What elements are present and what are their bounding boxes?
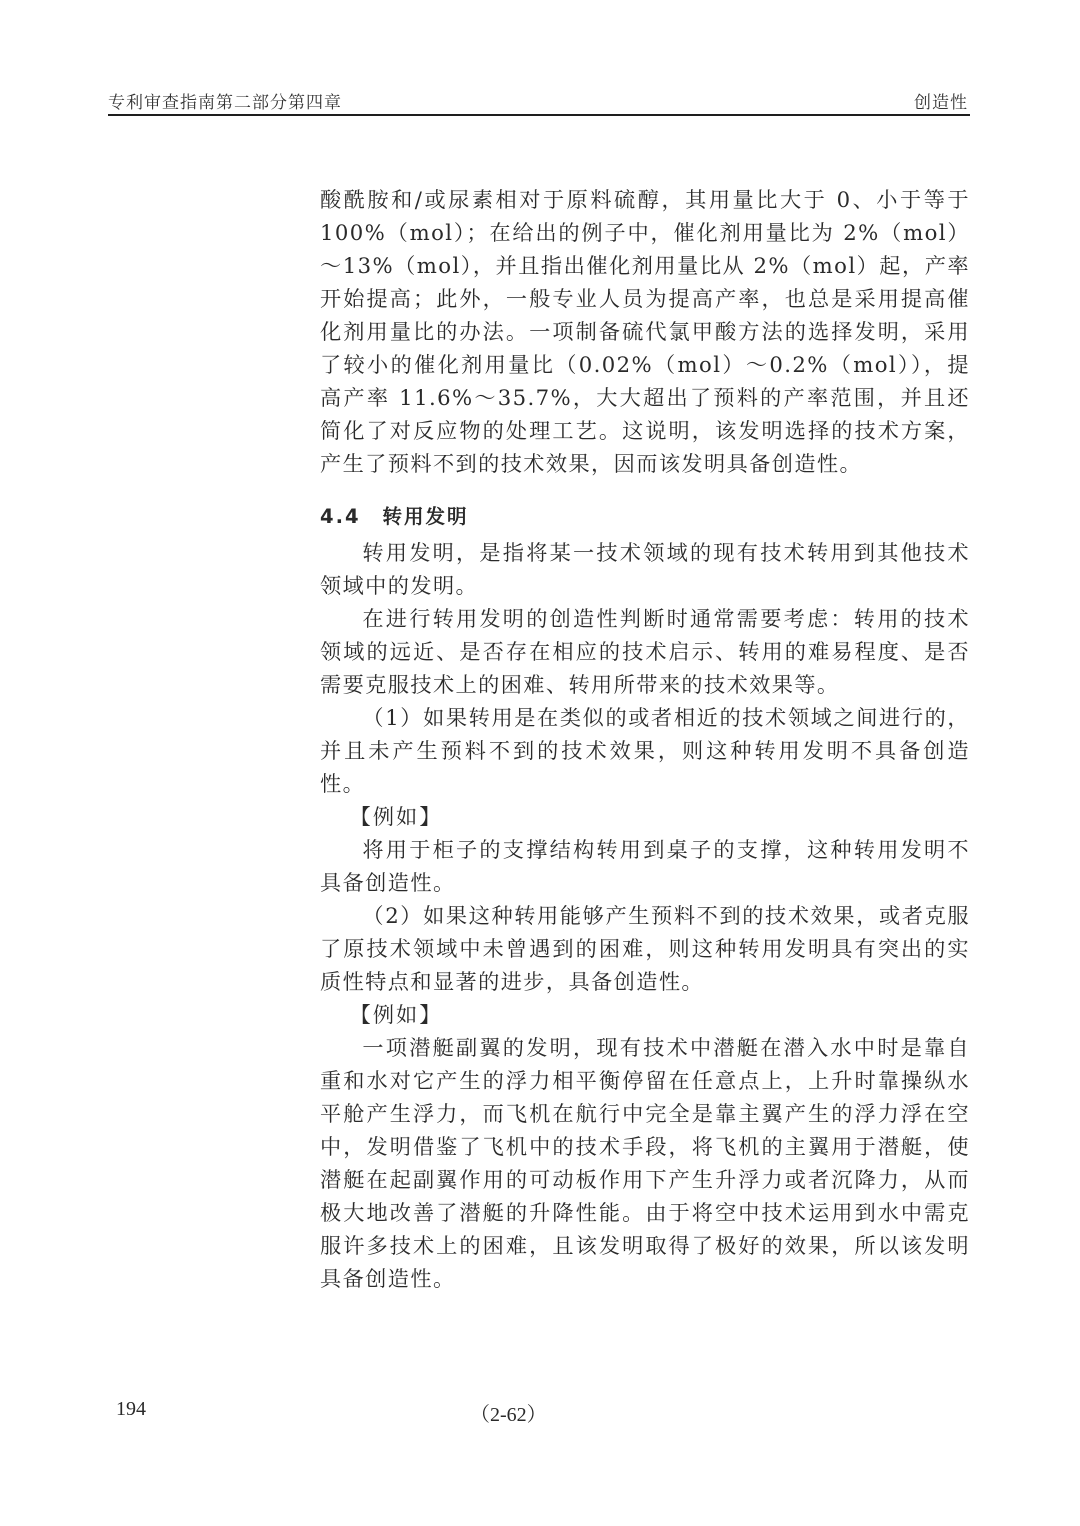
paragraph-case-1: （1）如果转用是在类似的或者相近的技术领域之间进行的，并且未产生预料不到的技术效…: [320, 701, 970, 800]
running-header: 专利审查指南第二部分第四章 创造性: [108, 88, 970, 116]
page-number: 194: [116, 1398, 146, 1421]
section-title: 转用发明: [383, 505, 469, 528]
example-1-text: 将用于柜子的支撑结构转用到桌子的支撑，这种转用发明不具备创造性。: [320, 833, 970, 899]
section-heading: 4.4转用发明: [320, 498, 970, 536]
paragraph-definition: 转用发明，是指将某一技术领域的现有技术转用到其他技术领域中的发明。: [320, 536, 970, 602]
example-label-1: 【例如】: [320, 800, 970, 833]
section-number: 4.4: [320, 505, 361, 528]
example-label-2: 【例如】: [320, 998, 970, 1031]
header-section-title: 创造性: [914, 88, 968, 113]
continued-paragraph: 酸酰胺和/或尿素相对于原料硫醇，其用量比大于 0、小于等于 100%（mol）；…: [320, 183, 970, 480]
example-2-text: 一项潜艇副翼的发明，现有技术中潜艇在潜入水中时是靠自重和水对它产生的浮力相平衡停…: [320, 1031, 970, 1295]
paragraph-case-2: （2）如果这种转用能够产生预料不到的技术效果，或者克服了原技术领域中未曾遇到的困…: [320, 899, 970, 998]
header-chapter-title: 专利审查指南第二部分第四章: [108, 88, 342, 113]
section-page-number: （2-62）: [470, 1398, 547, 1427]
paragraph-considerations: 在进行转用发明的创造性判断时通常需要考虑：转用的技术领域的远近、是否存在相应的技…: [320, 602, 970, 701]
page-body: 酸酰胺和/或尿素相对于原料硫醇，其用量比大于 0、小于等于 100%（mol）；…: [320, 183, 970, 1295]
